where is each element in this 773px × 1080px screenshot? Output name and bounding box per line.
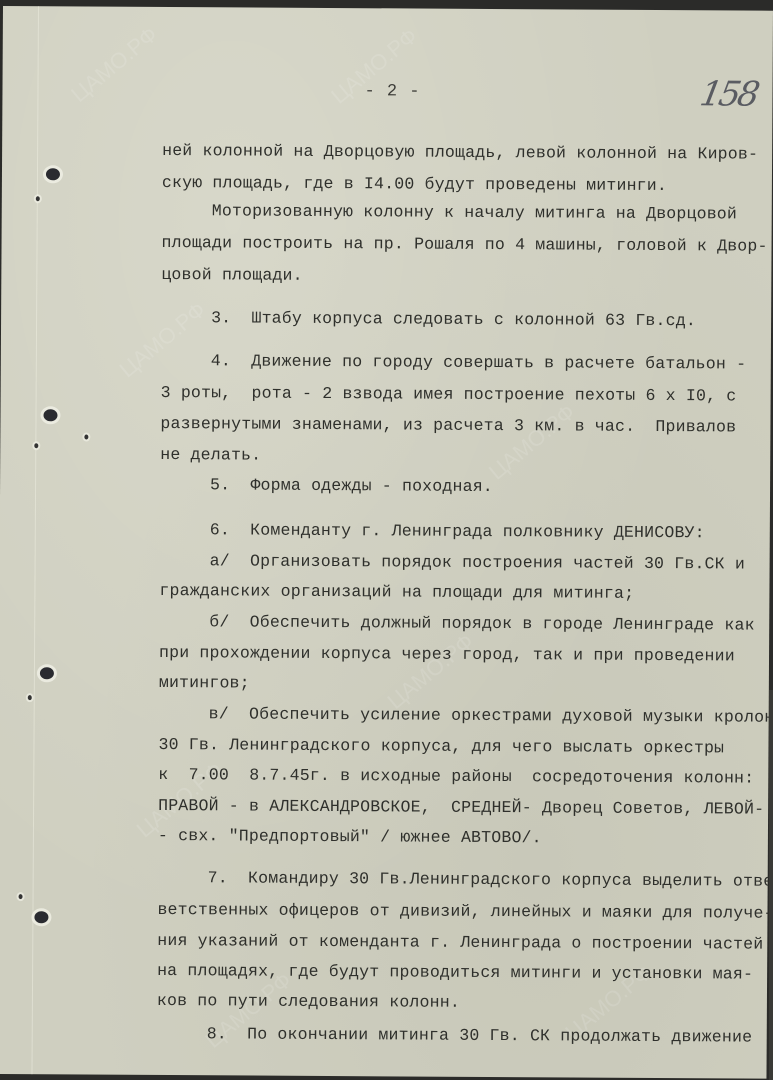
pin-hole-icon (28, 695, 32, 700)
text-line: а/ Организовать порядок построения часте… (210, 551, 745, 573)
text-line: развернутыми знаменами, из расчета 3 км.… (160, 414, 736, 437)
text-line: 3. Штабу корпуса следовать с колонной 63… (211, 308, 696, 330)
text-line: 7. Командиру 30 Гв.Ленинградского корпус… (208, 868, 773, 890)
document-page: ЦАМО.РФ ЦАМО.РФ ЦАМО.РФ ЦАМО.РФ ЦАМО.РФ … (0, 6, 773, 1079)
pin-hole-icon (36, 196, 40, 201)
page-number: - 2 - (364, 82, 420, 101)
text-line: - свх. "Предпортовый" / южнее АВТОВО/. (158, 826, 542, 847)
text-line: в/ Обеспечить усиление оркестрами духово… (209, 704, 773, 727)
text-line: площади построить на пр. Рошаля по 4 маш… (162, 233, 768, 256)
watermark: ЦАМО.РФ (484, 399, 580, 485)
text-line: ков по пути следования колонн. (157, 991, 460, 1012)
pin-hole-icon (34, 443, 38, 448)
text-line: митингов; (159, 673, 250, 693)
punch-hole-icon (34, 911, 48, 923)
punch-hole-icon (40, 667, 54, 679)
watermark: ЦАМО.РФ (383, 629, 479, 715)
watermark: ЦАМО.РФ (66, 22, 162, 108)
punch-hole-icon (43, 409, 57, 421)
text-line: цовой площади. (161, 265, 303, 285)
watermark: ЦАМО.РФ (115, 297, 211, 383)
document-body: ней колонной на Дворцовую площадь, левой… (3, 6, 773, 11)
text-line: ветственных офицеров от дивизий, линейны… (157, 900, 773, 923)
text-line: на площадях, где будут проводиться митин… (157, 961, 753, 984)
text-line: 30 Гв. Ленинградского корпуса, для чего … (158, 735, 724, 757)
text-line: 6. Коменданту г. Ленинграда полковнику Д… (210, 520, 705, 542)
text-line: ПРАВОЙ - в АЛЕКСАНДРОВСКОЕ, СРЕДНЕЙ- Дво… (158, 796, 764, 819)
text-line: к 7.00 8.7.45г. в исходные районы сосред… (158, 765, 754, 788)
text-line: гражданских организаций на площади для м… (159, 581, 634, 603)
text-line: 8. По окончании митинга 30 Гв. СК продол… (207, 1024, 753, 1046)
text-line: ней колонной на Дворцовую площадь, левой… (162, 141, 758, 164)
text-line: 3 роты, рота - 2 взвода имея построение … (161, 383, 737, 406)
text-line: не делать. (160, 445, 261, 465)
text-line: при прохождении корпуса через город, так… (159, 643, 735, 666)
text-line: 4. Движение по городу совершать в расчет… (211, 351, 746, 373)
text-line: 5. Форма одежды - походная. (210, 475, 493, 496)
text-line: скую площадь, где в I4.00 будут проведен… (162, 173, 667, 195)
text-line: Моторизованную колонну к началу митинга … (212, 201, 737, 223)
text-line: б/ Обеспечить должный порядок в городе Л… (209, 612, 755, 634)
text-line: ния указаний от коменданта г. Ленинграда… (157, 931, 763, 954)
pin-hole-icon (19, 894, 23, 899)
handwritten-folio-number: 158 (697, 74, 760, 114)
pin-hole-icon (84, 435, 88, 440)
page-edge-shadow (769, 690, 773, 1080)
punch-hole-icon (46, 168, 60, 180)
